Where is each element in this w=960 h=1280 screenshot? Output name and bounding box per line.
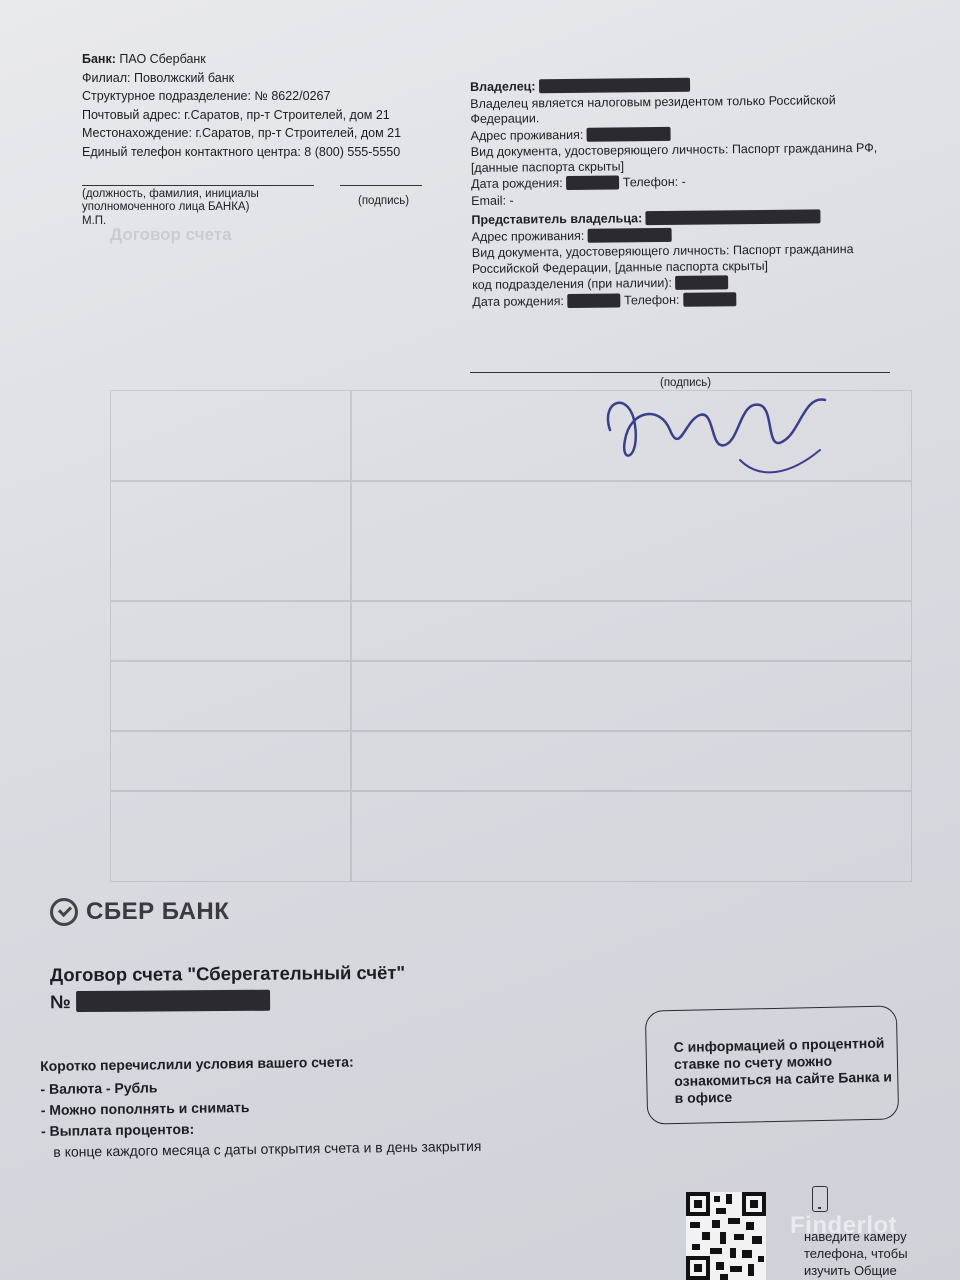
phone-icon bbox=[812, 1186, 828, 1212]
rep-address-redacted: [адрес скрыт] bbox=[588, 227, 672, 242]
rep-address-label: Адрес проживания: bbox=[472, 228, 585, 243]
owner-label: Владелец: bbox=[470, 79, 536, 94]
bank-phone: Единый телефон контактного центра: 8 (80… bbox=[82, 145, 442, 161]
bank-signatory-line bbox=[82, 185, 314, 186]
bank-branch: Филиал: Поволжский банк bbox=[82, 71, 442, 87]
sber-check-circle-icon bbox=[50, 898, 78, 926]
rep-dob-label: Дата рождения: bbox=[472, 294, 564, 309]
owner-phone-label: Телефон: bbox=[623, 175, 678, 190]
bank-name-row: Банк: ПАО Сбербанк bbox=[82, 52, 442, 68]
owner-address-redacted: [адрес скрыт] bbox=[587, 126, 671, 141]
bank-name: ПАО Сбербанк bbox=[119, 52, 205, 66]
contract-number-row: № [номер счета скрыт] bbox=[50, 986, 405, 1015]
number-sign: № bbox=[50, 991, 71, 1012]
owner-details: Владелец: [ФИО владельца скрыто] Владеле… bbox=[470, 76, 897, 311]
sber-logo: СБЕР БАНК bbox=[50, 898, 229, 926]
bank-signature-caption: (подпись) bbox=[358, 195, 409, 207]
owner-email-row: Email: - bbox=[471, 189, 896, 209]
owner-id-doc-row: Вид документа, удостоверяющего личность:… bbox=[471, 141, 896, 176]
logo-text: СБЕР БАНК bbox=[86, 898, 229, 926]
ghost-back-title: Договор счета bbox=[110, 225, 232, 245]
owner-address-label: Адрес проживания: bbox=[471, 127, 584, 142]
signature-scribble-icon bbox=[590, 370, 850, 490]
contract-title: Договор счета "Сберегательный счёт" bbox=[50, 959, 405, 988]
info-box-text: С информацией о процентной ставке по сче… bbox=[673, 1035, 892, 1106]
bank-details: Банк: ПАО Сбербанк Филиал: Поволжский ба… bbox=[82, 52, 442, 163]
rep-phone-label: Телефон: bbox=[624, 292, 679, 307]
bank-label: Банк: bbox=[82, 52, 116, 66]
rep-dob-row: Дата рождения: [скрыто] Телефон: [скрыто… bbox=[472, 290, 897, 310]
account-terms: Коротко перечислили условия вашего счета… bbox=[40, 1049, 561, 1163]
owner-tax-status: Владелец является налоговым резидентом т… bbox=[470, 92, 895, 127]
bank-signatory-caption: (должность, фамилия, инициалы уполномоче… bbox=[82, 188, 322, 214]
rep-id-doc-label: Вид документа, удостоверяющего личность: bbox=[472, 243, 730, 260]
rep-subdivision-redacted: [скрыто] bbox=[675, 275, 728, 290]
rep-subdivision-label: код подразделения (при наличии): bbox=[472, 276, 672, 292]
document-page: Договор счета Банк: ПАО Сбербанк Филиал:… bbox=[0, 0, 960, 1280]
bank-subdivision: Структурное подразделение: № 8622/0267 bbox=[82, 89, 442, 105]
owner-phone: - bbox=[682, 175, 686, 189]
contract-heading: Договор счета "Сберегательный счёт" № [н… bbox=[50, 959, 406, 1015]
owner-name-redacted: [ФИО владельца скрыто] bbox=[539, 78, 690, 94]
owner-email: - bbox=[509, 193, 513, 207]
rep-dob-redacted: [скрыто] bbox=[567, 293, 620, 308]
owner-dob-label: Дата рождения: bbox=[471, 176, 563, 191]
bank-signature-line bbox=[340, 185, 422, 186]
interest-rate-info-box: С информацией о процентной ставке по сче… bbox=[645, 1005, 899, 1124]
watermark: Finderlot bbox=[790, 1212, 897, 1240]
owner-dob-redacted: [скрыто] bbox=[566, 175, 619, 190]
rep-phone-redacted: [скрыто] bbox=[683, 292, 736, 307]
rep-id-doc-row: Вид документа, удостоверяющего личность:… bbox=[472, 242, 897, 277]
rep-label: Представитель владельца: bbox=[471, 211, 642, 227]
rep-name-redacted: [ФИО представителя скрыто] bbox=[646, 209, 821, 225]
owner-email-label: Email: bbox=[471, 193, 506, 207]
stamp-placeholder: М.П. bbox=[82, 215, 106, 227]
bank-location: Местонахождение: г.Саратов, пр-т Строите… bbox=[82, 126, 442, 142]
owner-id-doc-label: Вид документа, удостоверяющего личность: bbox=[471, 142, 729, 159]
account-number-redacted: [номер счета скрыт] bbox=[76, 990, 270, 1012]
bank-postal-address: Почтовый адрес: г.Саратов, пр-т Строител… bbox=[82, 108, 442, 124]
qr-code-icon bbox=[686, 1192, 766, 1280]
